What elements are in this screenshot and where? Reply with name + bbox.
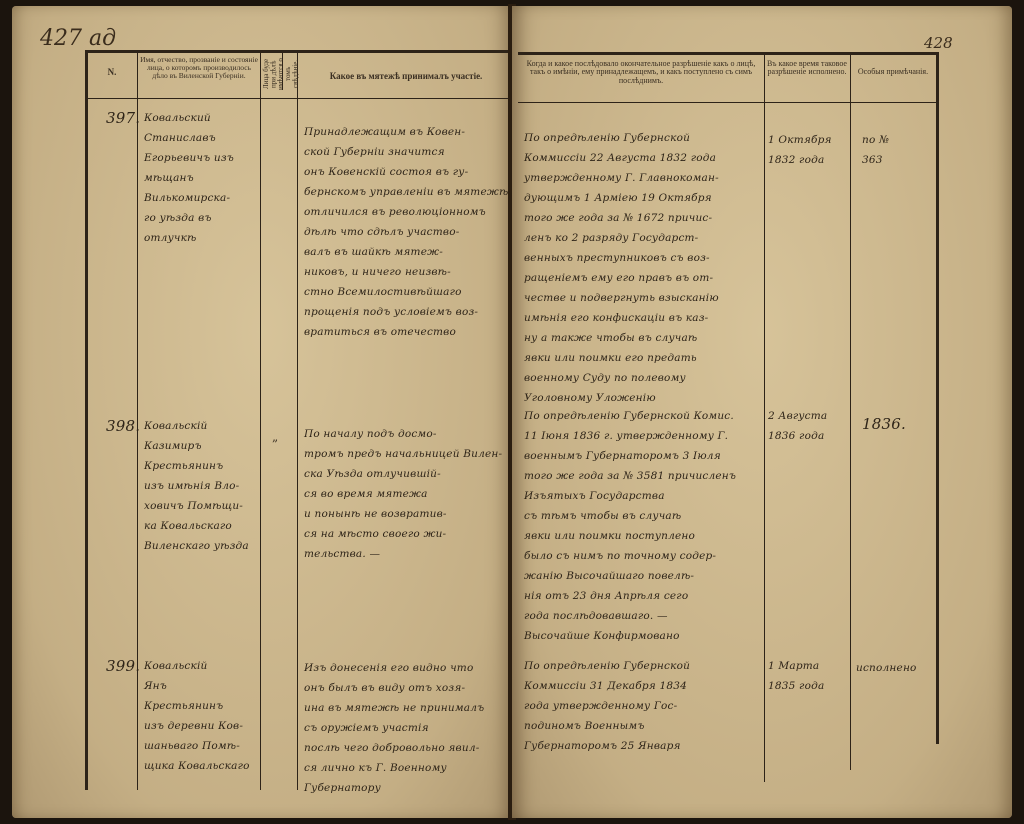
entry-resolution: По опредѣленію Губернской Коммиссіи 22 А…	[524, 128, 766, 408]
text-line: тельства. —	[304, 544, 512, 564]
entry-executed: 1 Октября 1832 года	[768, 130, 850, 170]
text-line: По опредѣленію Губернской Комис.	[524, 406, 766, 426]
person-line: мѣщанъ Вилькомирска-	[144, 168, 259, 208]
person-line: Виленскаго уѣзда	[144, 536, 259, 556]
entry-executed: 1 Марта 1835 года	[768, 656, 850, 696]
text-line: Уголовному Уложенію	[524, 388, 766, 408]
person-line: Ковальскій	[144, 416, 259, 436]
text-line: подиномъ Военнымъ	[524, 716, 766, 736]
entry-participation: Изъ донесенія его видно что онъ былъ въ …	[304, 658, 512, 798]
header-participation: Какое въ мятежѣ принималъ участіе.	[302, 72, 510, 81]
entry-person: Ковальский Станиславъ Егорьевичъ изъ мѣщ…	[144, 108, 259, 248]
text-line: Коммиссіи 22 Августа 1832 года	[524, 148, 766, 168]
header-status: Лица буде при дѣлѣ имѣются о томъ свѣдѣн…	[263, 54, 295, 94]
text-line: стно Всемилостивѣйшаго	[304, 282, 512, 302]
text-line: онъ былъ въ виду отъ хозя-	[304, 678, 512, 698]
text-line: 11 Іюня 1836 г. утвержденному Г.	[524, 426, 766, 446]
folio-number-left: 427 ад	[40, 26, 116, 51]
person-line: Янъ	[144, 676, 259, 696]
person-line: изъ деревни Ков-	[144, 716, 259, 736]
person-line: ка Ковальскаго	[144, 516, 259, 536]
text-line: Принадлежащим въ Ковен-	[304, 122, 512, 142]
entry-remarks: исполнено	[856, 658, 934, 678]
text-line: дующимъ 1 Арміею 19 Октября	[524, 188, 766, 208]
entry-person: Ковальскій Янъ Крестьянинъ изъ деревни К…	[144, 656, 259, 776]
text-line: военнымъ Губернаторомъ 3 Іюля	[524, 446, 766, 466]
person-line: Ковальскій	[144, 656, 259, 676]
person-line: Егорьевичъ изъ	[144, 148, 259, 168]
text-line: ращеніемъ ему его правъ въ от-	[524, 268, 766, 288]
left-page: 427 ад N. Имя, отчество, прозваніе и сос…	[12, 6, 512, 818]
text-line: по №	[862, 130, 932, 150]
right-page: 428 Когда и какое послѣдовало окончатель…	[512, 6, 1012, 818]
entry-participation: По началу подъ досмо- тромъ предъ началь…	[304, 424, 512, 564]
text-line: бернскомъ управленіи въ мятежѣ	[304, 182, 512, 202]
person-line: го уѣзда въ	[144, 208, 259, 228]
entry-resolution: По опредѣленію Губернской Комис. 11 Іюня…	[524, 406, 766, 646]
header-top-rule	[518, 52, 938, 55]
text-line: 2 Августа	[768, 406, 850, 426]
text-line: и понынѣ не возвратив-	[304, 504, 512, 524]
text-line: Высочайше Конфирмовано	[524, 626, 766, 646]
header-number: N.	[90, 68, 134, 77]
text-line: явки или поимки поступлено	[524, 526, 766, 546]
header-top-rule	[86, 50, 512, 53]
folio-number-right: 428	[924, 34, 953, 52]
entry-person: Ковальскій Казимиръ Крестьянинъ изъ имѣн…	[144, 416, 259, 556]
entry-participation: Принадлежащим въ Ковен- ской Губерніи зн…	[304, 122, 512, 342]
entry-remarks: 1836.	[862, 414, 932, 434]
text-line: года утвержденному Гос-	[524, 696, 766, 716]
text-line: Коммиссіи 31 Декабря 1834	[524, 676, 766, 696]
ledger-scan: 427 ад N. Имя, отчество, прозваніе и сос…	[0, 0, 1024, 824]
text-line: онъ Ковенскій состоя въ гу-	[304, 162, 512, 182]
text-line: 1836.	[862, 414, 932, 434]
entry-remarks: по № 363	[862, 130, 932, 170]
person-line: шаньваго Помѣ-	[144, 736, 259, 756]
text-line: венныхъ преступниковъ съ воз-	[524, 248, 766, 268]
text-line: Губернатору	[304, 778, 512, 798]
col-divider	[850, 52, 851, 770]
header-resolution: Когда и какое послѣдовало окончательное …	[520, 60, 762, 85]
text-line: ина въ мятежѣ не принималъ	[304, 698, 512, 718]
text-line: прощенія подъ условіемъ воз-	[304, 302, 512, 322]
person-line: изъ имѣнія Вло-	[144, 476, 259, 496]
person-line: Казимиръ	[144, 436, 259, 456]
text-line: 1836 года	[768, 426, 850, 446]
right-margin-rule	[936, 52, 939, 744]
entry-number: 397.	[106, 108, 140, 128]
text-line: честве и подвергнуть взысканію	[524, 288, 766, 308]
text-line: того же года за № 1672 причис-	[524, 208, 766, 228]
text-line: 1 Октября	[768, 130, 850, 150]
text-line: съ оружіемъ участія	[304, 718, 512, 738]
left-margin-rule	[85, 50, 88, 790]
text-line: По началу подъ досмо-	[304, 424, 512, 444]
text-line: того же года за № 3581 причисленъ	[524, 466, 766, 486]
text-line: валъ въ шайкѣ мятеж-	[304, 242, 512, 262]
text-line: жанію Высочайшаго повелѣ-	[524, 566, 766, 586]
text-line: исполнено	[856, 658, 934, 678]
text-line: явки или поимки его предать	[524, 348, 766, 368]
text-line: 1835 года	[768, 676, 850, 696]
person-line: Крестьянинъ	[144, 456, 259, 476]
text-line: дѣлѣ что сдѣлъ участво-	[304, 222, 512, 242]
text-line: года послѣдовавшаго. —	[524, 606, 766, 626]
person-line: отлучкѣ	[144, 228, 259, 248]
text-line: Изъ донесенія его видно что	[304, 658, 512, 678]
header-remarks: Особыя примѣчанія.	[852, 68, 934, 76]
entry-number: 398.	[106, 416, 140, 436]
text-line: ну а также чтобы въ случаѣ	[524, 328, 766, 348]
person-line: Крестьянинъ	[144, 696, 259, 716]
text-line: По опредѣленію Губернской	[524, 128, 766, 148]
text-line: 1 Марта	[768, 656, 850, 676]
text-line: ся лично къ Г. Военному	[304, 758, 512, 778]
entry-resolution: По опредѣленію Губернской Коммиссіи 31 Д…	[524, 656, 766, 756]
text-line: военному Суду по полевому	[524, 368, 766, 388]
text-line: нія отъ 23 дня Апрѣля сего	[524, 586, 766, 606]
text-line: ся на мѣсто своего жи-	[304, 524, 512, 544]
person-line: щика Ковальскаго	[144, 756, 259, 776]
text-line: ся во время мятежа	[304, 484, 512, 504]
text-line: отличился въ революціонномъ	[304, 202, 512, 222]
ditto-mark: „	[272, 430, 278, 444]
text-line: ска Уѣзда отлучившій-	[304, 464, 512, 484]
col-divider	[297, 50, 298, 790]
text-line: тромъ предъ начальницей Вилен-	[304, 444, 512, 464]
header-bottom-rule	[86, 98, 512, 99]
text-line: утвержденному Г. Главнокоман-	[524, 168, 766, 188]
header-bottom-rule	[518, 102, 938, 103]
person-line: Станиславъ	[144, 128, 259, 148]
text-line: имѣнія его конфискаціи въ каз-	[524, 308, 766, 328]
text-line: Изъятыхъ Государства	[524, 486, 766, 506]
text-line: было съ нимъ по точному содер-	[524, 546, 766, 566]
text-line: Губернаторомъ 25 Января	[524, 736, 766, 756]
text-line: послѣ чего добровольно явил-	[304, 738, 512, 758]
text-line: никовъ, и ничего неизвѣ-	[304, 262, 512, 282]
text-line: ской Губерніи значится	[304, 142, 512, 162]
col-divider	[260, 50, 261, 790]
text-line: По опредѣленію Губернской	[524, 656, 766, 676]
text-line: 1832 года	[768, 150, 850, 170]
entry-executed: 2 Августа 1836 года	[768, 406, 850, 446]
header-person: Имя, отчество, прозваніе и состояніе лиц…	[140, 56, 258, 80]
text-line: вратиться въ отечество	[304, 322, 512, 342]
text-line: съ тѣмъ чтобы въ случаѣ	[524, 506, 766, 526]
header-executed: Въ какое время таковое разрѣшеніе исполн…	[766, 60, 848, 77]
text-line: ленъ ко 2 разряду Государст-	[524, 228, 766, 248]
entry-number: 399.	[106, 656, 140, 676]
person-line: Ковальский	[144, 108, 259, 128]
person-line: ховичъ Помѣщи-	[144, 496, 259, 516]
text-line: 363	[862, 150, 932, 170]
